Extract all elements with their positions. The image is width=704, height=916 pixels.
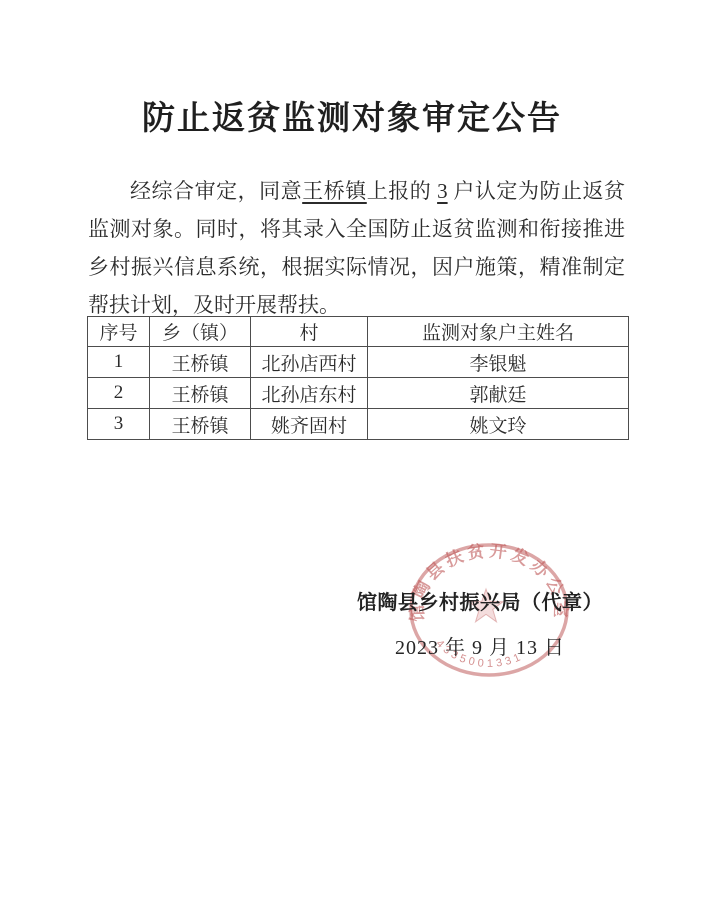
page-title: 防止返贫监测对象审定公告 xyxy=(0,92,704,139)
cell-township: 王桥镇 xyxy=(150,347,251,378)
household-count-underlined: 3 xyxy=(437,179,448,203)
issue-date: 2023 年 9 月 13 日 xyxy=(330,631,630,660)
cell-township: 王桥镇 xyxy=(150,409,251,440)
col-header-householder: 监测对象户主姓名 xyxy=(368,317,629,347)
cell-index: 1 xyxy=(88,347,150,378)
announcement-paragraph: 经综合审定，同意王桥镇上报的 3 户认定为防止返贫监测对象。同时，将其录入全国防… xyxy=(88,172,625,324)
table-header-row: 序号 乡（镇） 村 监测对象户主姓名 xyxy=(88,317,629,347)
cell-index: 3 xyxy=(88,409,150,440)
document-page: 防止返贫监测对象审定公告 经综合审定，同意王桥镇上报的 3 户认定为防止返贫监测… xyxy=(0,0,704,916)
signature-block: 馆陶县乡村振兴局（代章） 2023 年 9 月 13 日 xyxy=(330,586,630,660)
col-header-township: 乡（镇） xyxy=(150,317,251,347)
cell-township: 王桥镇 xyxy=(150,378,251,409)
cell-householder: 姚文玲 xyxy=(368,409,629,440)
col-header-village: 村 xyxy=(251,317,368,347)
table-row: 2 王桥镇 北孙店东村 郭献廷 xyxy=(88,378,629,409)
cell-index: 2 xyxy=(88,378,150,409)
cell-village: 姚齐固村 xyxy=(251,409,368,440)
town-name-underlined: 王桥镇 xyxy=(302,179,367,203)
monitoring-target-table: 序号 乡（镇） 村 监测对象户主姓名 1 王桥镇 北孙店西村 李银魁 2 王桥镇… xyxy=(87,316,629,440)
paragraph-part-2: 上报的 xyxy=(367,179,437,203)
cell-householder: 李银魁 xyxy=(368,347,629,378)
paragraph-part-1: 经综合审定，同意 xyxy=(130,179,302,203)
issuer-name: 馆陶县乡村振兴局（代章） xyxy=(330,586,630,615)
table-row: 1 王桥镇 北孙店西村 李银魁 xyxy=(88,347,629,378)
cell-village: 北孙店东村 xyxy=(251,378,368,409)
cell-householder: 郭献廷 xyxy=(368,378,629,409)
table-row: 3 王桥镇 姚齐固村 姚文玲 xyxy=(88,409,629,440)
cell-village: 北孙店西村 xyxy=(251,347,368,378)
col-header-index: 序号 xyxy=(88,317,150,347)
